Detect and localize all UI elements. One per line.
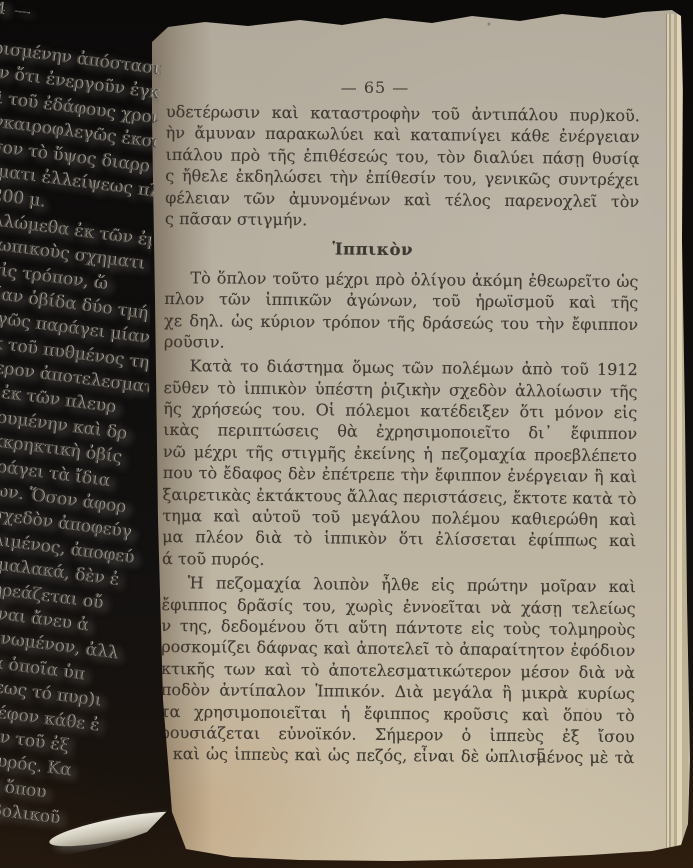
right-page-text: υδετέρωσιν καὶ καταστροφὴν τοῦ ἀντιπάλου… — [160, 101, 640, 772]
text-line: ι καὶ ὡς ἱππεὺς καὶ ὡς πεζός, εἶναι δὲ ὡ… — [160, 743, 634, 769]
text-line: ροῦσιν. — [164, 331, 638, 357]
book-photo: — 65 — υδετέρωσιν καὶ καταστροφὴν τοῦ ἀν… — [0, 0, 693, 868]
paragraph-4: Ἡ πεζομαχία λοιπὸν ἦλθε εἰς πρώτην μοῖρα… — [160, 572, 636, 769]
paragraph-continuation: υδετέρωσιν καὶ καταστροφὴν τοῦ ἀντιπάλου… — [165, 101, 640, 233]
paragraph-3: Κατὰ το διάστημα ὅμως τῶν πολέμων ἀπὸ το… — [162, 355, 638, 573]
text-line: ά τοῦ πυρός. — [162, 548, 636, 574]
signature-number: 5 — [536, 745, 546, 764]
text-line: χε δηλ. ὡς κύριον τρόπον τῆς δράσεώς του… — [164, 310, 638, 336]
paragraph-2: Τὸ ὅπλον τοῦτο μέχρι πρὸ ὀλίγου ἀκόμη ἐθ… — [164, 267, 639, 357]
text-segment: μα πλέον διὰ τὸ ἱππικὸν ὅτι ἐλίσσεται — [162, 527, 528, 549]
section-heading: Ἱππικὸν — [165, 237, 639, 263]
page-edges — [666, 14, 688, 856]
left-page-number-fragment: 4 — — [0, 0, 33, 21]
emphasized-text: ά τοῦ πυρός. — [162, 549, 265, 569]
page-number: — 65 — — [163, 78, 637, 97]
text-line: ς πᾶσαν στιγμήν. — [165, 208, 639, 234]
